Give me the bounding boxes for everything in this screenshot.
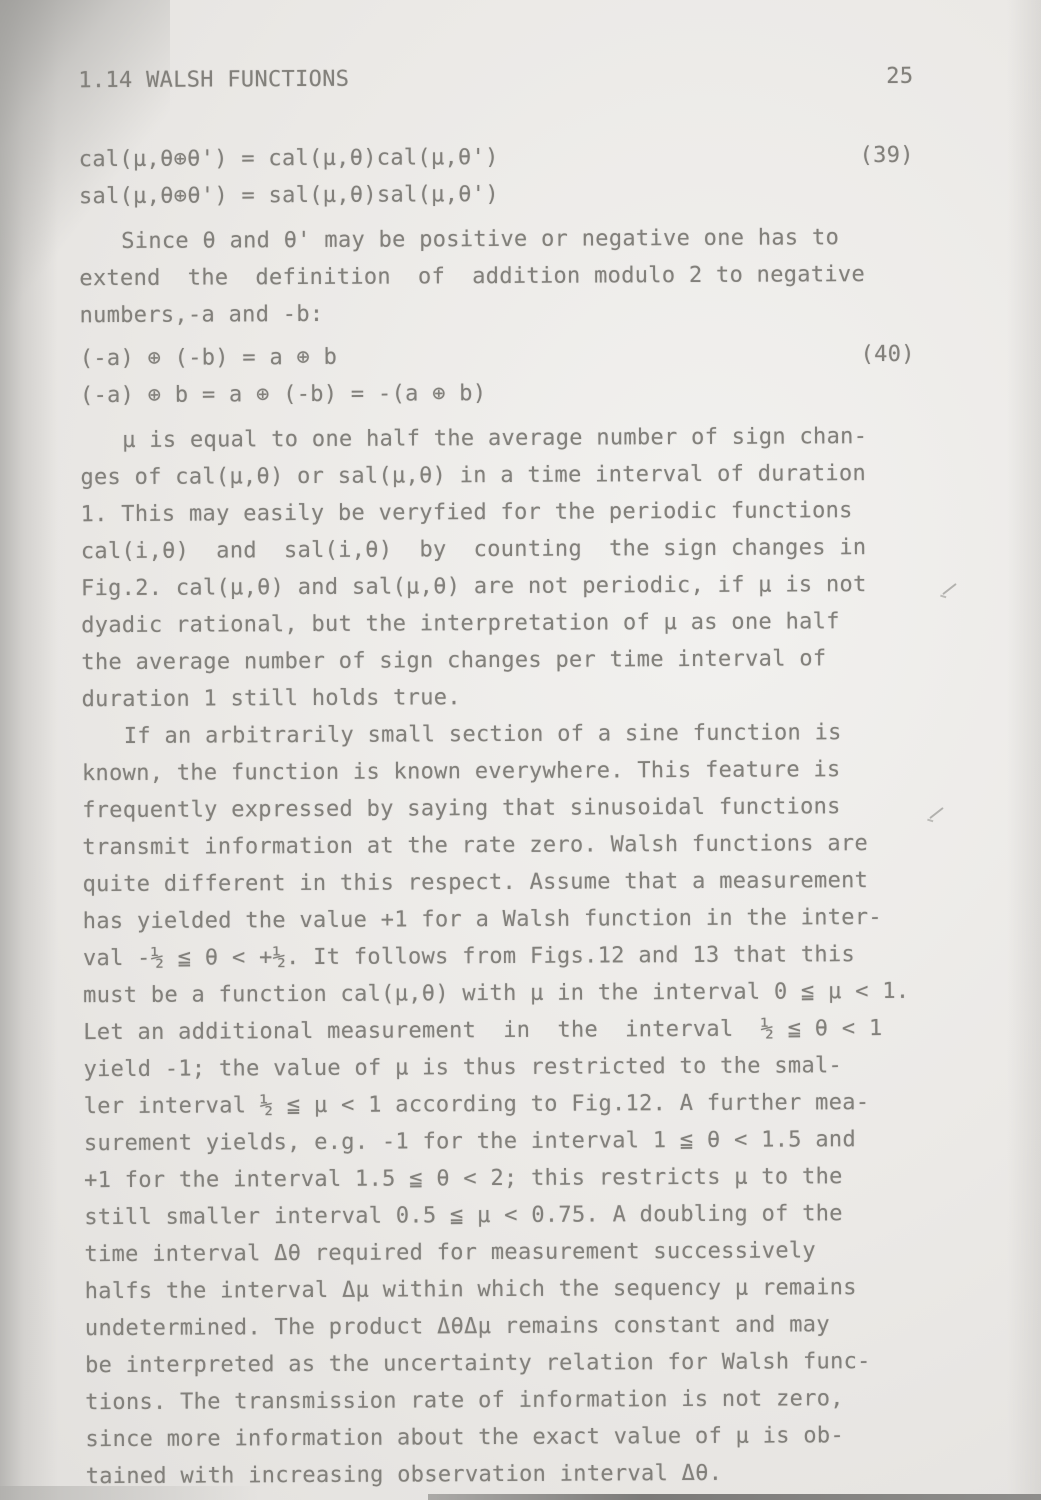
text-line: tained with increasing observation inter… [86, 1454, 921, 1495]
equation-line: sal(μ,θ⊕θ') = sal(μ,θ)sal(μ,θ') [79, 174, 914, 215]
line-text: frequently expressed by saying that sinu… [82, 794, 841, 823]
line-text: surement yields, e.g. -1 for the interva… [84, 1127, 856, 1156]
line-text: be interpreted as the uncertainty relati… [85, 1349, 871, 1378]
equation-block: cal(μ,θ⊕θ') = cal(μ,θ)cal(μ,θ')(39)sal(μ… [79, 137, 914, 215]
line-text: 1. This may easily be veryfied for the p… [81, 498, 853, 527]
text-line: undetermined. The product ΔθΔμ remains c… [85, 1306, 920, 1347]
pencil-check-mark [929, 807, 944, 819]
text-line: Let an additional measurement in the int… [83, 1010, 918, 1051]
text-line: since more information about the exact v… [85, 1417, 920, 1458]
text-line: known, the function is known everywhere.… [82, 751, 917, 792]
line-text: val -½ ≦ θ < +½. It follows from Figs.12… [83, 942, 855, 971]
line-text: since more information about the exact v… [85, 1423, 844, 1452]
text-line: must be a function cal(μ,θ) with μ in th… [83, 973, 918, 1014]
right-edge-shade [1007, 0, 1041, 1500]
text-body: cal(μ,θ⊕θ') = cal(μ,θ)cal(μ,θ')(39)sal(μ… [79, 137, 921, 1495]
line-text: Fig.2. cal(μ,θ) and sal(μ,θ) are not per… [81, 572, 867, 601]
text-line: yield -1; the value of μ is thus restric… [83, 1047, 918, 1088]
section-heading: 1.14 WALSH FUNCTIONS [78, 61, 349, 99]
scanned-book-page: 1.14 WALSH FUNCTIONS 25 cal(μ,θ⊕θ') = ca… [0, 0, 1041, 1500]
text-line: frequently expressed by saying that sinu… [82, 788, 917, 829]
line-text: ler interval ½ ≦ μ < 1 according to Fig.… [84, 1090, 870, 1119]
paragraph: μ is equal to one half the average numbe… [80, 418, 917, 718]
line-text: (-a) ⊕ b = a ⊕ (-b) = -(a ⊕ b) [80, 381, 486, 408]
line-text: cal(i,θ) and sal(i,θ) by counting the si… [81, 535, 867, 564]
text-line: time interval Δθ required for measuremen… [84, 1232, 919, 1273]
text-line: tions. The transmission rate of informat… [85, 1380, 920, 1421]
text-line: duration 1 still holds true. [81, 677, 916, 718]
line-text: quite different in this respect. Assume … [82, 868, 868, 897]
line-text: the average number of sign changes per t… [81, 646, 826, 675]
typed-content: 1.14 WALSH FUNCTIONS 25 cal(μ,θ⊕θ') = ca… [78, 58, 920, 1495]
text-line: quite different in this respect. Assume … [82, 862, 917, 903]
line-text: sal(μ,θ⊕θ') = sal(μ,θ)sal(μ,θ') [79, 182, 499, 209]
text-line: 1. This may easily be veryfied for the p… [81, 492, 916, 533]
line-text: halfs the interval Δμ within which the s… [85, 1275, 857, 1304]
line-text: Since θ and θ' may be positive or negati… [121, 225, 839, 254]
text-line: Fig.2. cal(μ,θ) and sal(μ,θ) are not per… [81, 566, 916, 607]
text-line: extend the definition of addition modulo… [79, 256, 914, 297]
bottom-scan-edge [428, 1494, 1041, 1500]
line-text: Let an additional measurement in the int… [83, 1016, 882, 1045]
text-line: μ is equal to one half the average numbe… [80, 418, 915, 459]
text-line: ges of cal(μ,θ) or sal(μ,θ) in a time in… [80, 455, 915, 496]
text-line: Since θ and θ' may be positive or negati… [79, 219, 914, 260]
text-line: ler interval ½ ≦ μ < 1 according to Fig.… [84, 1084, 919, 1125]
text-line: numbers,-a and -b: [79, 293, 914, 334]
text-line: be interpreted as the uncertainty relati… [85, 1343, 920, 1384]
line-text: time interval Δθ required for measuremen… [84, 1238, 816, 1267]
line-text: (-a) ⊕ (-b) = a ⊕ b [80, 345, 337, 371]
line-text: tained with increasing observation inter… [86, 1461, 723, 1489]
line-text: duration 1 still holds true. [82, 685, 461, 712]
equation-number: (40) [861, 336, 915, 373]
text-line: surement yields, e.g. -1 for the interva… [84, 1121, 919, 1162]
text-line: cal(i,θ) and sal(i,θ) by counting the si… [81, 529, 916, 570]
line-text: numbers,-a and -b: [80, 302, 324, 328]
paragraph: If an arbitrarily small section of a sin… [82, 714, 921, 1495]
text-line: halfs the interval Δμ within which the s… [85, 1269, 920, 1310]
equation-line: (-a) ⊕ (-b) = a ⊕ b(40) [80, 336, 915, 377]
equation-line: cal(μ,θ⊕θ') = cal(μ,θ)cal(μ,θ')(39) [79, 137, 914, 178]
line-text: undetermined. The product ΔθΔμ remains c… [85, 1312, 830, 1341]
line-text: known, the function is known everywhere.… [82, 757, 841, 786]
page-number: 25 [886, 58, 913, 95]
text-line: has yielded the value +1 for a Walsh fun… [83, 899, 918, 940]
line-text: ges of cal(μ,θ) or sal(μ,θ) in a time in… [80, 461, 866, 490]
text-line: val -½ ≦ θ < +½. It follows from Figs.12… [83, 936, 918, 977]
line-text: still smaller interval 0.5 ≦ μ < 0.75. A… [84, 1201, 843, 1230]
line-text: dyadic rational, but the interpretation … [81, 609, 840, 638]
equation-block: (-a) ⊕ (-b) = a ⊕ b(40)(-a) ⊕ b = a ⊕ (-… [80, 336, 915, 414]
line-text: has yielded the value +1 for a Walsh fun… [83, 905, 882, 934]
equation-number: (39) [859, 137, 913, 174]
text-line: dyadic rational, but the interpretation … [81, 603, 916, 644]
line-text: tions. The transmission rate of informat… [85, 1386, 844, 1415]
paragraph: Since θ and θ' may be positive or negati… [79, 219, 915, 334]
text-line: transmit information at the rate zero. W… [82, 825, 917, 866]
text-line: the average number of sign changes per t… [81, 640, 916, 681]
line-text: cal(μ,θ⊕θ') = cal(μ,θ)cal(μ,θ') [79, 145, 499, 172]
equation-line: (-a) ⊕ b = a ⊕ (-b) = -(a ⊕ b) [80, 373, 915, 414]
line-text: +1 for the interval 1.5 ≦ θ < 2; this re… [84, 1164, 843, 1193]
line-text: must be a function cal(μ,θ) with μ in th… [83, 979, 909, 1008]
line-text: transmit information at the rate zero. W… [82, 831, 868, 860]
line-text: yield -1; the value of μ is thus restric… [83, 1053, 842, 1082]
line-text: extend the definition of addition modulo… [79, 262, 865, 291]
page-header: 1.14 WALSH FUNCTIONS 25 [78, 58, 913, 99]
pencil-check-mark [942, 583, 957, 595]
text-line: +1 for the interval 1.5 ≦ θ < 2; this re… [84, 1158, 919, 1199]
text-line: If an arbitrarily small section of a sin… [82, 714, 917, 755]
line-text: If an arbitrarily small section of a sin… [124, 720, 842, 749]
text-line: still smaller interval 0.5 ≦ μ < 0.75. A… [84, 1195, 919, 1236]
line-text: μ is equal to one half the average numbe… [122, 424, 867, 453]
